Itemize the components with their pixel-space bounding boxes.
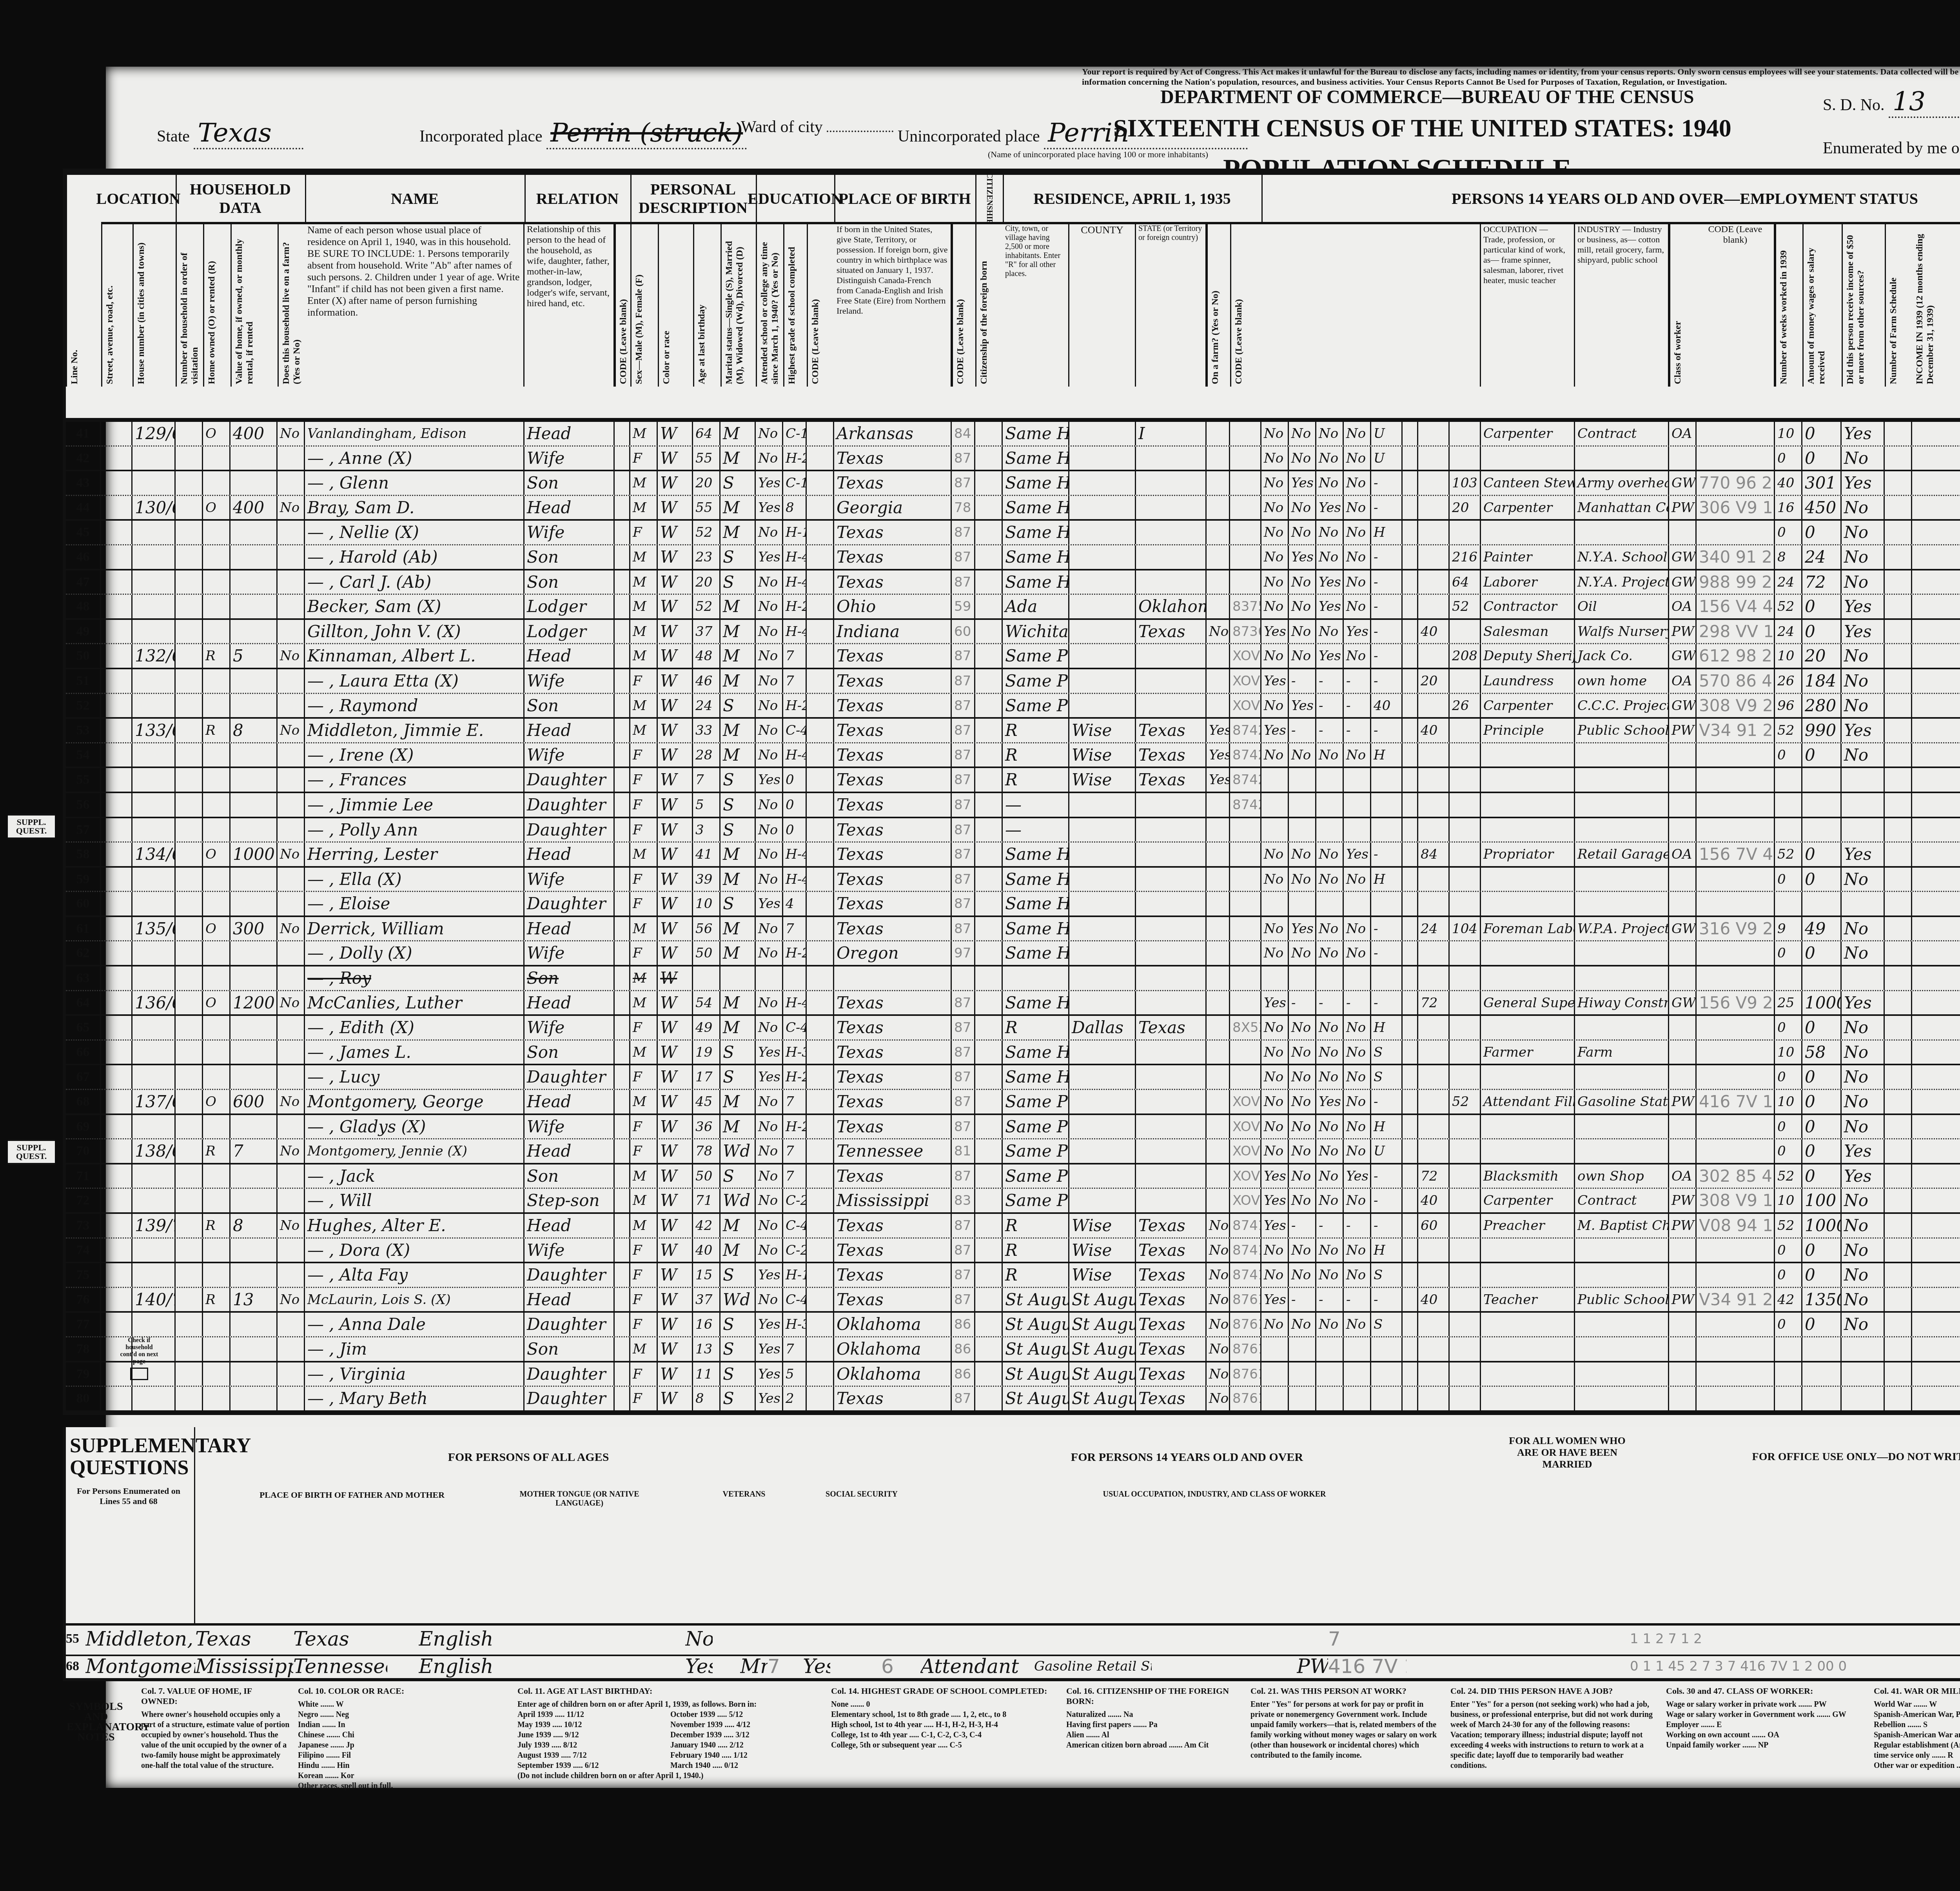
at-work-cell[interactable]: No	[1261, 1263, 1289, 1287]
on-farm-cell[interactable]: No	[278, 991, 305, 1015]
class-of-worker-cell[interactable]	[1669, 521, 1697, 544]
visit-number-cell[interactable]	[176, 694, 203, 718]
industry-cell[interactable]: Oil	[1575, 595, 1669, 618]
citizenship-cell[interactable]	[975, 1090, 1003, 1114]
birthplace-code-cell[interactable]: 87	[952, 917, 975, 941]
person-name-cell[interactable]: Montgomery, George	[305, 1090, 524, 1114]
occupation-code-cell[interactable]: V08 94 1	[1697, 1214, 1775, 1237]
school-attendance-cell[interactable]	[756, 966, 783, 990]
relation-cell[interactable]: Head	[524, 719, 615, 742]
age-cell[interactable]: 52	[693, 521, 720, 544]
residence-farm-cell[interactable]: No	[1207, 1337, 1230, 1361]
residence-city-cell[interactable]: Wichita Falls	[1003, 620, 1069, 643]
activity-cell[interactable]	[1371, 1362, 1403, 1386]
birthplace-cell[interactable]: Texas	[834, 1115, 952, 1139]
residence-city-cell[interactable]: St Augustine	[1003, 1288, 1069, 1312]
activity-cell[interactable]	[1371, 768, 1403, 792]
residence-farm-cell[interactable]	[1207, 694, 1230, 718]
home-value-cell[interactable]	[230, 941, 278, 965]
residence-county-cell[interactable]: St Augustine	[1069, 1288, 1136, 1312]
birthplace-code-cell[interactable]: 97	[952, 941, 975, 965]
residence-farm-cell[interactable]: No	[1207, 1313, 1230, 1336]
weeks-worked-cell[interactable]	[1775, 768, 1802, 792]
marital-status-cell[interactable]: M	[720, 719, 756, 742]
home-value-cell[interactable]	[230, 545, 278, 569]
code-b-cell[interactable]	[807, 496, 834, 520]
occupation-cell[interactable]	[1481, 1065, 1575, 1089]
residence-city-cell[interactable]: Same Place	[1003, 1115, 1069, 1139]
hours-worked-cell[interactable]	[1418, 545, 1450, 569]
residence-code-cell[interactable]	[1230, 422, 1261, 445]
occupation-code-cell[interactable]: 156 V9 2	[1697, 991, 1775, 1015]
supp-mother-birthplace[interactable]: Tennessee	[293, 1651, 387, 1682]
supp-ss-deduction[interactable]: 6	[881, 1651, 905, 1682]
person-name-cell[interactable]: — , Eloise	[305, 892, 524, 916]
home-value-cell[interactable]: 1000	[230, 843, 278, 866]
street-cell[interactable]	[101, 1387, 132, 1410]
residence-farm-cell[interactable]	[1207, 991, 1230, 1015]
wages-cell[interactable]: 0	[1802, 1115, 1842, 1139]
home-value-cell[interactable]	[230, 694, 278, 718]
wages-cell[interactable]: 0	[1802, 868, 1842, 891]
other-income-cell[interactable]: No	[1842, 644, 1885, 668]
birthplace-cell[interactable]: Texas	[834, 447, 952, 470]
emergency-work-cell[interactable]	[1289, 793, 1316, 817]
grade-cell[interactable]: C-4	[783, 1214, 807, 1237]
visit-number-cell[interactable]	[176, 1239, 203, 1262]
wages-cell[interactable]: 1000	[1802, 991, 1842, 1015]
occupation-code-cell[interactable]: 770 96 2	[1697, 471, 1775, 495]
birthplace-code-cell[interactable]: 86	[952, 1337, 975, 1361]
age-cell[interactable]: 42	[693, 1214, 720, 1237]
had-job-cell[interactable]: No	[1344, 917, 1371, 941]
residence-farm-cell[interactable]	[1207, 966, 1230, 990]
supp-code-j[interactable]: 416 7V 1	[1328, 1651, 1406, 1682]
person-name-cell[interactable]: Becker, Sam (X)	[305, 595, 524, 618]
visit-number-cell[interactable]	[176, 595, 203, 618]
school-attendance-cell[interactable]: No	[756, 447, 783, 470]
residence-county-cell[interactable]	[1069, 843, 1136, 866]
household-number-cell[interactable]	[132, 620, 176, 643]
grade-cell[interactable]: C-2	[783, 1239, 807, 1262]
visit-number-cell[interactable]	[176, 768, 203, 792]
had-job-cell[interactable]: No	[1344, 1115, 1371, 1139]
home-tenure-cell[interactable]	[203, 1263, 230, 1287]
street-cell[interactable]	[101, 669, 132, 693]
weeks-worked-cell[interactable]: 52	[1775, 1164, 1802, 1188]
home-tenure-cell[interactable]	[203, 768, 230, 792]
wages-cell[interactable]: 0	[1802, 743, 1842, 767]
birthplace-code-cell[interactable]: 87	[952, 1214, 975, 1237]
occupation-cell[interactable]: Salesman	[1481, 620, 1575, 643]
residence-code-cell[interactable]	[1230, 868, 1261, 891]
farm-schedule-cell[interactable]	[1885, 595, 1912, 618]
birthplace-code-cell[interactable]: 87	[952, 1164, 975, 1188]
at-work-cell[interactable]: Yes	[1261, 1214, 1289, 1237]
other-income-cell[interactable]: No	[1842, 868, 1885, 891]
household-number-cell[interactable]: 138/69	[132, 1139, 176, 1163]
street-cell[interactable]	[101, 521, 132, 544]
grade-cell[interactable]: 4	[783, 892, 807, 916]
school-attendance-cell[interactable]: Yes	[756, 1313, 783, 1336]
birthplace-code-cell[interactable]: 87	[952, 447, 975, 470]
household-number-cell[interactable]	[132, 892, 176, 916]
home-value-cell[interactable]: 7	[230, 1139, 278, 1163]
grade-cell[interactable]: 7	[783, 644, 807, 668]
seeking-work-cell[interactable]: -	[1316, 694, 1344, 718]
school-attendance-cell[interactable]: Yes	[756, 1337, 783, 1361]
birthplace-code-cell[interactable]: 86	[952, 1313, 975, 1336]
marital-status-cell[interactable]: Wd	[720, 1189, 756, 1212]
race-cell[interactable]: W	[658, 843, 693, 866]
seeking-work-cell[interactable]: No	[1316, 521, 1344, 544]
occupation-cell[interactable]	[1481, 868, 1575, 891]
wages-cell[interactable]: 0	[1802, 620, 1842, 643]
code-b-cell[interactable]	[807, 793, 834, 817]
hours-worked-cell[interactable]	[1418, 496, 1450, 520]
occupation-cell[interactable]	[1481, 447, 1575, 470]
sex-cell[interactable]: F	[630, 941, 658, 965]
age-cell[interactable]: 37	[693, 1288, 720, 1312]
farm-schedule-cell[interactable]	[1885, 471, 1912, 495]
industry-cell[interactable]: N.Y.A. Project	[1575, 570, 1669, 594]
seeking-work-cell[interactable]: No	[1316, 1239, 1344, 1262]
birthplace-code-cell[interactable]	[952, 966, 975, 990]
school-attendance-cell[interactable]: No	[756, 843, 783, 866]
grade-cell[interactable]: H-4	[783, 743, 807, 767]
hours-worked-cell[interactable]	[1418, 521, 1450, 544]
relation-cell[interactable]: Lodger	[524, 620, 615, 643]
person-name-cell[interactable]: — , Harold (Ab)	[305, 545, 524, 569]
code-e-cell[interactable]	[1403, 843, 1418, 866]
occupation-code-cell[interactable]	[1697, 1239, 1775, 1262]
code-e-cell[interactable]	[1403, 793, 1418, 817]
farm-schedule-cell[interactable]	[1885, 669, 1912, 693]
home-tenure-cell[interactable]	[203, 694, 230, 718]
visit-number-cell[interactable]	[176, 1139, 203, 1163]
had-job-cell[interactable]: Yes	[1344, 620, 1371, 643]
seeking-work-cell[interactable]: Yes	[1316, 644, 1344, 668]
code-a-cell[interactable]	[615, 1263, 630, 1287]
at-work-cell[interactable]: No	[1261, 743, 1289, 767]
residence-code-cell[interactable]	[1230, 570, 1261, 594]
visit-number-cell[interactable]	[176, 966, 203, 990]
other-income-cell[interactable]: No	[1842, 1288, 1885, 1312]
had-job-cell[interactable]: No	[1344, 422, 1371, 445]
home-value-cell[interactable]	[230, 570, 278, 594]
weeks-unemployed-cell[interactable]	[1450, 768, 1481, 792]
industry-cell[interactable]: Public School	[1575, 719, 1669, 742]
farm-schedule-cell[interactable]	[1885, 1090, 1912, 1114]
code-e-cell[interactable]	[1403, 620, 1418, 643]
residence-city-cell[interactable]: Same House	[1003, 892, 1069, 916]
household-number-cell[interactable]	[132, 447, 176, 470]
had-job-cell[interactable]: No	[1344, 521, 1371, 544]
code-b-cell[interactable]	[807, 1239, 834, 1262]
weeks-worked-cell[interactable]: 0	[1775, 743, 1802, 767]
supp-usual-industry[interactable]	[1034, 1623, 1152, 1655]
residence-farm-cell[interactable]	[1207, 496, 1230, 520]
other-income-cell[interactable]	[1842, 793, 1885, 817]
hours-worked-cell[interactable]	[1418, 743, 1450, 767]
birthplace-code-cell[interactable]: 87	[952, 1239, 975, 1262]
marital-status-cell[interactable]: M	[720, 1016, 756, 1039]
activity-cell[interactable]: S	[1371, 1041, 1403, 1064]
residence-code-cell[interactable]: 8741	[1230, 1214, 1261, 1237]
hours-worked-cell[interactable]	[1418, 818, 1450, 842]
code-b-cell[interactable]	[807, 941, 834, 965]
birthplace-code-cell[interactable]: 87	[952, 644, 975, 668]
relation-cell[interactable]: Head	[524, 991, 615, 1015]
home-value-cell[interactable]	[230, 595, 278, 618]
code-b-cell[interactable]	[807, 1263, 834, 1287]
emergency-work-cell[interactable]: No	[1289, 868, 1316, 891]
code-b-cell[interactable]	[807, 644, 834, 668]
other-income-cell[interactable]: No	[1842, 521, 1885, 544]
residence-city-cell[interactable]: R	[1003, 1239, 1069, 1262]
emergency-work-cell[interactable]: -	[1289, 669, 1316, 693]
school-attendance-cell[interactable]: Yes	[756, 768, 783, 792]
weeks-unemployed-cell[interactable]	[1450, 1288, 1481, 1312]
emergency-work-cell[interactable]: Yes	[1289, 917, 1316, 941]
citizenship-cell[interactable]	[975, 1288, 1003, 1312]
farm-schedule-cell[interactable]	[1885, 570, 1912, 594]
weeks-worked-cell[interactable]	[1775, 793, 1802, 817]
farm-schedule-cell[interactable]	[1885, 1214, 1912, 1237]
birthplace-cell[interactable]: Texas	[834, 917, 952, 941]
supp-usual-occupation[interactable]: Attendant	[920, 1651, 1034, 1682]
at-work-cell[interactable]: Yes	[1261, 1164, 1289, 1188]
weeks-worked-cell[interactable]: 52	[1775, 843, 1802, 866]
home-value-cell[interactable]	[230, 1313, 278, 1336]
grade-cell[interactable]: H-2	[783, 595, 807, 618]
school-attendance-cell[interactable]: No	[756, 422, 783, 445]
home-tenure-cell[interactable]: R	[203, 1214, 230, 1237]
residence-state-cell[interactable]: Texas	[1136, 1239, 1207, 1262]
residence-farm-cell[interactable]	[1207, 793, 1230, 817]
residence-state-cell[interactable]	[1136, 1139, 1207, 1163]
class-of-worker-cell[interactable]: OA	[1669, 843, 1697, 866]
citizenship-cell[interactable]	[975, 1189, 1003, 1212]
school-attendance-cell[interactable]: No	[756, 1239, 783, 1262]
birthplace-code-cell[interactable]: 87	[952, 991, 975, 1015]
residence-state-cell[interactable]	[1136, 694, 1207, 718]
emergency-work-cell[interactable]: -	[1289, 719, 1316, 742]
weeks-unemployed-cell[interactable]	[1450, 521, 1481, 544]
age-cell[interactable]: 3	[693, 818, 720, 842]
weeks-worked-cell[interactable]: 10	[1775, 1090, 1802, 1114]
street-cell[interactable]	[101, 843, 132, 866]
home-value-cell[interactable]	[230, 1362, 278, 1386]
residence-city-cell[interactable]: Same House	[1003, 422, 1069, 445]
birthplace-cell[interactable]: Texas	[834, 892, 952, 916]
residence-city-cell[interactable]: St Augustine	[1003, 1337, 1069, 1361]
household-number-cell[interactable]	[132, 868, 176, 891]
had-job-cell[interactable]: No	[1344, 545, 1371, 569]
home-value-cell[interactable]	[230, 471, 278, 495]
occupation-code-cell[interactable]: 306 V9 1	[1697, 496, 1775, 520]
residence-county-cell[interactable]: Wise	[1069, 1239, 1136, 1262]
wages-cell[interactable]: 301	[1802, 471, 1842, 495]
code-a-cell[interactable]	[615, 422, 630, 445]
person-name-cell[interactable]: Vanlandingham, Edison	[305, 422, 524, 445]
hours-worked-cell[interactable]	[1418, 768, 1450, 792]
at-work-cell[interactable]: No	[1261, 521, 1289, 544]
wages-cell[interactable]: 0	[1802, 447, 1842, 470]
weeks-unemployed-cell[interactable]: 52	[1450, 1090, 1481, 1114]
at-work-cell[interactable]: No	[1261, 1115, 1289, 1139]
occupation-code-cell[interactable]: 416 7V 1	[1697, 1090, 1775, 1114]
residence-city-cell[interactable]: Same Place	[1003, 1164, 1069, 1188]
farm-schedule-cell[interactable]	[1885, 941, 1912, 965]
code-e-cell[interactable]	[1403, 1065, 1418, 1089]
industry-cell[interactable]	[1575, 521, 1669, 544]
school-attendance-cell[interactable]: Yes	[756, 471, 783, 495]
occupation-code-cell[interactable]	[1697, 868, 1775, 891]
citizenship-cell[interactable]	[975, 868, 1003, 891]
wages-cell[interactable]	[1802, 768, 1842, 792]
code-b-cell[interactable]	[807, 1090, 834, 1114]
sex-cell[interactable]: F	[630, 868, 658, 891]
code-b-cell[interactable]	[807, 1189, 834, 1212]
had-job-cell[interactable]: No	[1344, 1041, 1371, 1064]
on-farm-cell[interactable]	[278, 1387, 305, 1410]
sex-cell[interactable]: M	[630, 1189, 658, 1212]
residence-state-cell[interactable]	[1136, 471, 1207, 495]
residence-code-cell[interactable]	[1230, 991, 1261, 1015]
hours-worked-cell[interactable]	[1418, 966, 1450, 990]
residence-city-cell[interactable]: R	[1003, 743, 1069, 767]
race-cell[interactable]: W	[658, 644, 693, 668]
person-name-cell[interactable]: — , Jimmie Lee	[305, 793, 524, 817]
birthplace-code-cell[interactable]: 87	[952, 1090, 975, 1114]
code-b-cell[interactable]	[807, 1313, 834, 1336]
other-income-cell[interactable]: No	[1842, 1016, 1885, 1039]
race-cell[interactable]: W	[658, 1115, 693, 1139]
grade-cell[interactable]: 8	[783, 496, 807, 520]
occupation-cell[interactable]	[1481, 941, 1575, 965]
visit-number-cell[interactable]	[176, 496, 203, 520]
other-income-cell[interactable]: No	[1842, 570, 1885, 594]
marital-status-cell[interactable]: S	[720, 793, 756, 817]
code-b-cell[interactable]	[807, 1016, 834, 1039]
code-e-cell[interactable]	[1403, 1214, 1418, 1237]
supp-mother-tongue[interactable]: English	[419, 1651, 513, 1682]
age-cell[interactable]: 8	[693, 1387, 720, 1410]
emergency-work-cell[interactable]	[1289, 966, 1316, 990]
race-cell[interactable]: W	[658, 694, 693, 718]
emergency-work-cell[interactable]: No	[1289, 1065, 1316, 1089]
on-farm-cell[interactable]	[278, 694, 305, 718]
had-job-cell[interactable]: No	[1344, 1263, 1371, 1287]
residence-state-cell[interactable]: Texas	[1136, 768, 1207, 792]
activity-cell[interactable]: -	[1371, 1164, 1403, 1188]
sex-cell[interactable]: F	[630, 1263, 658, 1287]
home-tenure-cell[interactable]: O	[203, 1090, 230, 1114]
weeks-unemployed-cell[interactable]	[1450, 1214, 1481, 1237]
home-value-cell[interactable]	[230, 1189, 278, 1212]
occupation-code-cell[interactable]	[1697, 1065, 1775, 1089]
farm-schedule-cell[interactable]	[1885, 620, 1912, 643]
marital-status-cell[interactable]: S	[720, 892, 756, 916]
person-name-cell[interactable]: Kinnaman, Albert L.	[305, 644, 524, 668]
at-work-cell[interactable]	[1261, 793, 1289, 817]
residence-farm-cell[interactable]: Yes	[1207, 743, 1230, 767]
household-number-cell[interactable]	[132, 1016, 176, 1039]
weeks-worked-cell[interactable]: 52	[1775, 1214, 1802, 1237]
occupation-code-cell[interactable]	[1697, 1139, 1775, 1163]
marital-status-cell[interactable]: M	[720, 868, 756, 891]
activity-cell[interactable]: -	[1371, 545, 1403, 569]
residence-state-cell[interactable]: Texas	[1136, 743, 1207, 767]
other-income-cell[interactable]	[1842, 1362, 1885, 1386]
person-name-cell[interactable]: Hughes, Alter E.	[305, 1214, 524, 1237]
grade-cell[interactable]	[783, 966, 807, 990]
home-value-cell[interactable]	[230, 1041, 278, 1064]
occupation-code-cell[interactable]	[1697, 1337, 1775, 1361]
visit-number-cell[interactable]	[176, 1115, 203, 1139]
weeks-unemployed-cell[interactable]	[1450, 422, 1481, 445]
on-farm-cell[interactable]: No	[278, 843, 305, 866]
emergency-work-cell[interactable]: No	[1289, 521, 1316, 544]
marital-status-cell[interactable]: S	[720, 1065, 756, 1089]
race-cell[interactable]: W	[658, 521, 693, 544]
grade-cell[interactable]: H-2	[783, 1065, 807, 1089]
industry-cell[interactable]: Jack Co.	[1575, 644, 1669, 668]
street-cell[interactable]	[101, 1115, 132, 1139]
activity-cell[interactable]: U	[1371, 1139, 1403, 1163]
sex-cell[interactable]: M	[630, 1090, 658, 1114]
birthplace-cell[interactable]: Texas	[834, 818, 952, 842]
visit-number-cell[interactable]	[176, 818, 203, 842]
sex-cell[interactable]: M	[630, 595, 658, 618]
relation-cell[interactable]: Wife	[524, 521, 615, 544]
code-e-cell[interactable]	[1403, 917, 1418, 941]
industry-cell[interactable]: Hiway Construction	[1575, 991, 1669, 1015]
sex-cell[interactable]: M	[630, 1337, 658, 1361]
wages-cell[interactable]: 72	[1802, 570, 1842, 594]
farm-schedule-cell[interactable]	[1885, 768, 1912, 792]
on-farm-cell[interactable]	[278, 743, 305, 767]
wages-cell[interactable]: 58	[1802, 1041, 1842, 1064]
marital-status-cell[interactable]: M	[720, 447, 756, 470]
residence-state-cell[interactable]: Texas	[1136, 1337, 1207, 1361]
visit-number-cell[interactable]	[176, 1065, 203, 1089]
age-cell[interactable]: 5	[693, 793, 720, 817]
emergency-work-cell[interactable]	[1289, 818, 1316, 842]
wages-cell[interactable]: 0	[1802, 521, 1842, 544]
residence-city-cell[interactable]: Same House	[1003, 496, 1069, 520]
emergency-work-cell[interactable]: No	[1289, 1189, 1316, 1212]
person-name-cell[interactable]: — , Will	[305, 1189, 524, 1212]
street-cell[interactable]	[101, 966, 132, 990]
seeking-work-cell[interactable]	[1316, 1337, 1344, 1361]
code-e-cell[interactable]	[1403, 966, 1418, 990]
street-cell[interactable]	[101, 1189, 132, 1212]
school-attendance-cell[interactable]: No	[756, 1164, 783, 1188]
had-job-cell[interactable]: No	[1344, 1239, 1371, 1262]
industry-cell[interactable]: C.C.C. Project	[1575, 694, 1669, 718]
visit-number-cell[interactable]	[176, 1041, 203, 1064]
class-of-worker-cell[interactable]: OA	[1669, 422, 1697, 445]
weeks-unemployed-cell[interactable]: 52	[1450, 595, 1481, 618]
citizenship-cell[interactable]	[975, 447, 1003, 470]
visit-number-cell[interactable]	[176, 917, 203, 941]
code-a-cell[interactable]	[615, 447, 630, 470]
hours-worked-cell[interactable]	[1418, 1139, 1450, 1163]
supp-usual-class[interactable]	[1297, 1623, 1328, 1655]
residence-code-cell[interactable]: XOV8	[1230, 1189, 1261, 1212]
